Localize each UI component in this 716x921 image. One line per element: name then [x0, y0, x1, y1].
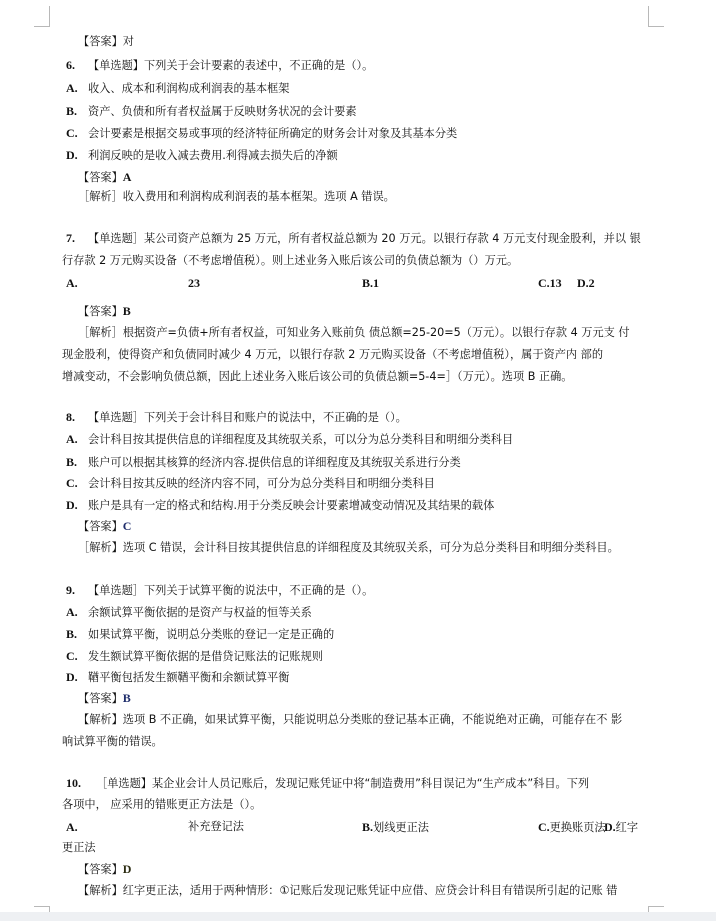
- question-text: 某公司资产总额为 25 万元，所有者权益总额为 20 万元。以银行存款 4 万元…: [144, 232, 641, 245]
- question-type: 【单选题］: [88, 584, 144, 597]
- answer-value: D: [123, 862, 132, 876]
- option-letter: A.: [66, 81, 88, 95]
- question-9-option-b: B.如果试算平衡，说明总分类账的登记一定是正确的: [66, 627, 334, 642]
- analysis-text: 现金股利，使得资产和负债同时减少 4 万元，以银行存款 2 万元购买设备（不考虑…: [62, 348, 603, 361]
- question-7-analysis-line-2: 现金股利，使得资产和负债同时减少 4 万元，以银行存款 2 万元购买设备（不考虑…: [62, 348, 603, 362]
- question-10-analysis: 【解析】红字更正法，适用于两种情形：①记账后发现记账凭证中应借、应贷会计科目有错…: [78, 884, 617, 898]
- analysis-label: 【解析】: [78, 713, 123, 726]
- option-text: 更正法: [62, 841, 96, 854]
- question-10-stem-line-2: 各项中， 应采用的错账更正方法是（）。: [62, 798, 261, 812]
- page-gap: [0, 912, 716, 921]
- option-b: B.划线更正法: [362, 820, 429, 835]
- option-letter: C.: [66, 649, 88, 663]
- option-d: D.红字: [604, 820, 638, 835]
- question-9-stem: 9.【单选题］下列关于试算平衡的说法中，不正确的是（）。: [66, 583, 373, 598]
- option-text: 余额试算平衡依据的是资产与权益的恒等关系: [88, 606, 312, 619]
- option-text: 鞧平衡包括发生额鞧平衡和余额试算平衡: [88, 671, 289, 684]
- option-letter: D.: [604, 820, 616, 834]
- question-10-option-d-wrap: 更正法: [62, 841, 96, 855]
- question-7-analysis-line-1: ［解析］根据资产=负债+所有者权益，可知业务入账前负 债总额=25-20=5（万…: [78, 326, 630, 340]
- option-text: 更换账页法: [550, 821, 606, 834]
- option-text: 划线更正法: [373, 821, 429, 834]
- analysis-text: 增减变动，不会影响负债总额，因此上述业务入账后该公司的负债总额=5-4=］（万元…: [62, 370, 573, 383]
- option-text: 如果试算平衡，说明总分类账的登记一定是正确的: [88, 628, 334, 641]
- analysis-label: 【解析】: [78, 884, 123, 897]
- option-text: 账户是具有一定的格式和结构.用于分类反映会计要素增减变动情况及其结果的载体: [88, 499, 494, 512]
- question-9-option-d: D.鞧平衡包括发生额鞧平衡和余额试算平衡: [66, 670, 289, 685]
- question-text: 各项中， 应采用的错账更正方法是（）。: [62, 798, 261, 811]
- option-text: 2: [589, 276, 595, 290]
- question-text: 某企业会计人员记账后，发现记账凭证中将“制造费用”科目误记为“生产成本”科目。下…: [152, 777, 589, 790]
- analysis-text: 红字更正法，适用于两种情形：①记账后发现记账凭证中应借、应贷会计科目有错误所引起…: [123, 884, 618, 897]
- option-c: C.13: [538, 276, 562, 290]
- option-text: 1: [373, 276, 379, 290]
- analysis-label: ［解析】: [78, 541, 123, 554]
- question-text: 下列关于会计要素的表述中，不正确的是（）。: [144, 59, 373, 72]
- option-a-letter: A.: [66, 820, 78, 834]
- question-8-option-c: C.会计科目按其反映的经济内容不同，可分为总分类科目和明细分类科目: [66, 476, 435, 491]
- option-letter: B.: [362, 820, 373, 834]
- answer-label: 【答案】: [78, 520, 123, 533]
- question-8-option-d: D.账户是具有一定的格式和结构.用于分类反映会计要素增减变动情况及其结果的载体: [66, 498, 494, 513]
- option-a-text: 补充登记法: [188, 820, 244, 834]
- analysis-text: 响试算平衡的错误。: [62, 735, 163, 748]
- option-text: 会计要素是根据交易或事项的经济特征所确定的财务会计对象及其基本分类: [88, 127, 457, 140]
- question-8-option-a: A.会计科目按其提供信息的详细程度及其统驭关系，可以分为总分类科目和明细分类科目: [66, 432, 513, 447]
- question-7-stem-line-1: 7.【单选题］某公司资产总额为 25 万元，所有者权益总额为 20 万元。以银行…: [66, 231, 641, 246]
- option-letter: C.: [66, 476, 88, 490]
- analysis-text: 选项 C 错误，会计科目按其提供信息的详细程度及其统驭关系，可分为总分类科目和明…: [123, 541, 619, 554]
- question-6-option-d: D.利润反映的是收入减去费用.利得减去损失后的净额: [66, 148, 338, 163]
- analysis-text: 根据资产=负债+所有者权益，可知业务入账前负 债总额=25-20=5（万元）。以…: [123, 326, 630, 339]
- option-letter: D.: [66, 498, 88, 512]
- option-text: 账户可以根据其核算的经济内容.提供信息的详细程度及其统驭关系进行分类: [88, 456, 461, 469]
- question-8-analysis: ［解析】选项 C 错误，会计科目按其提供信息的详细程度及其统驭关系，可分为总分类…: [78, 541, 619, 555]
- option-text: 利润反映的是收入减去费用.利得减去损失后的净额: [88, 149, 338, 162]
- carryover-answer: 【答案】对: [78, 35, 134, 49]
- question-6-option-a: A.收入、成本和利润构成利润表的基本框架: [66, 81, 289, 96]
- option-letter: B.: [66, 104, 88, 118]
- question-9-option-c: C.发生额试算平衡依据的是借贷记账法的记账规则: [66, 649, 323, 664]
- document-page: 【答案】对 6.【单选题】下列关于会计要素的表述中，不正确的是（）。 A.收入、…: [0, 0, 716, 912]
- question-number: 10.: [66, 776, 96, 790]
- page-corner-mark-top-right: [648, 6, 664, 27]
- option-b: B.1: [362, 276, 379, 290]
- option-letter: C.: [66, 126, 88, 140]
- question-7-stem-line-2: 行存款 2 万元购买设备（不考虑增值税）。则上述业务入账后该公司的负债总额为（）…: [62, 254, 518, 268]
- question-10-stem-line-1: 10.［单选题】某企业会计人员记账后，发现记账凭证中将“制造费用”科目误记为“生…: [66, 776, 589, 791]
- option-a-letter: A.: [66, 276, 78, 290]
- option-letter: B.: [66, 455, 88, 469]
- option-letter: B.: [362, 276, 373, 290]
- option-d: D.2: [577, 276, 595, 290]
- analysis-label: ［解析］: [78, 326, 123, 339]
- option-letter: D.: [577, 276, 589, 290]
- question-8-answer: 【答案】C: [78, 519, 131, 534]
- question-type: 【单选题］: [88, 411, 144, 424]
- question-text: 下列关于会计科目和账户的说法中，不正确的是（）。: [144, 411, 407, 424]
- option-letter: C.: [538, 276, 550, 290]
- analysis-text: 收入费用和利润构成利润表的基本框架。选项 A 错误。: [123, 190, 395, 203]
- option-text: 资产、负债和所有者权益属于反映财务状况的会计要素: [88, 105, 357, 118]
- question-6-answer: 【答案】A: [78, 170, 131, 185]
- question-text: 行存款 2 万元购买设备（不考虑增值税）。则上述业务入账后该公司的负债总额为（）…: [62, 254, 518, 267]
- answer-label: 【答案】: [78, 305, 123, 318]
- answer-label: 【答案】: [78, 692, 123, 705]
- question-8-option-b: B.账户可以根据其核算的经济内容.提供信息的详细程度及其统驭关系进行分类: [66, 455, 461, 470]
- option-text: 会计科目按其提供信息的详细程度及其统驭关系，可以分为总分类科目和明细分类科目: [88, 433, 513, 446]
- answer-value: 对: [123, 35, 134, 48]
- question-8-stem: 8.【单选题］下列关于会计科目和账户的说法中，不正确的是（）。: [66, 410, 407, 425]
- answer-value: C: [123, 519, 132, 533]
- option-letter: C.: [538, 820, 550, 834]
- question-number: 6.: [66, 58, 88, 72]
- question-6-stem: 6.【单选题】下列关于会计要素的表述中，不正确的是（）。: [66, 58, 373, 73]
- option-text: 收入、成本和利润构成利润表的基本框架: [88, 82, 289, 95]
- option-c: C.更换账页法: [538, 820, 606, 835]
- analysis-label: ［解析］: [78, 190, 123, 203]
- option-letter: D.: [66, 670, 88, 684]
- question-7-answer: 【答案】B: [78, 304, 131, 319]
- question-type: 【单选题］: [88, 232, 144, 245]
- question-7-analysis-line-3: 增减变动，不会影响负债总额，因此上述业务入账后该公司的负债总额=5-4=］（万元…: [62, 370, 573, 384]
- answer-value: B: [123, 691, 131, 705]
- question-6-option-c: C.会计要素是根据交易或事项的经济特征所确定的财务会计对象及其基本分类: [66, 126, 457, 141]
- option-letter: D.: [66, 148, 88, 162]
- question-9-analysis-line-2: 响试算平衡的错误。: [62, 735, 163, 749]
- question-type: 【单选题】: [88, 59, 144, 72]
- question-number: 7.: [66, 231, 88, 245]
- question-9-analysis-line-1: 【解析】选项 B 不正确，如果试算平衡，只能说明总分类账的登记基本正确，不能说绝…: [78, 713, 622, 727]
- option-text: 红字: [616, 821, 638, 834]
- question-9-option-a: A.余额试算平衡依据的是资产与权益的恒等关系: [66, 605, 312, 620]
- option-text: 会计科目按其反映的经济内容不同，可分为总分类科目和明细分类科目: [88, 477, 435, 490]
- answer-label: 【答案】: [78, 863, 123, 876]
- option-letter: A.: [66, 432, 88, 446]
- question-9-answer: 【答案】B: [78, 691, 131, 706]
- question-number: 8.: [66, 410, 88, 424]
- option-a-text: 23: [188, 276, 200, 290]
- page-corner-mark-top-left: [34, 6, 50, 27]
- question-10-answer: 【答案】D: [78, 862, 131, 877]
- analysis-text: 选项 B 不正确，如果试算平衡，只能说明总分类账的登记基本正确，不能说绝对正确，…: [123, 713, 622, 726]
- question-text: 下列关于试算平衡的说法中，不正确的是（）。: [144, 584, 373, 597]
- answer-label: 【答案】: [78, 35, 123, 48]
- question-type: ［单选题】: [96, 777, 152, 790]
- option-text: 发生额试算平衡依据的是借贷记账法的记账规则: [88, 650, 323, 663]
- answer-value: B: [123, 304, 131, 318]
- option-text: 13: [550, 276, 562, 290]
- question-6-analysis: ［解析］收入费用和利润构成利润表的基本框架。选项 A 错误。: [78, 190, 395, 204]
- answer-value: A: [123, 170, 132, 184]
- answer-label: 【答案】: [78, 171, 123, 184]
- option-letter: A.: [66, 605, 88, 619]
- question-6-option-b: B.资产、负债和所有者权益属于反映财务状况的会计要素: [66, 104, 357, 119]
- question-number: 9.: [66, 583, 88, 597]
- option-letter: B.: [66, 627, 88, 641]
